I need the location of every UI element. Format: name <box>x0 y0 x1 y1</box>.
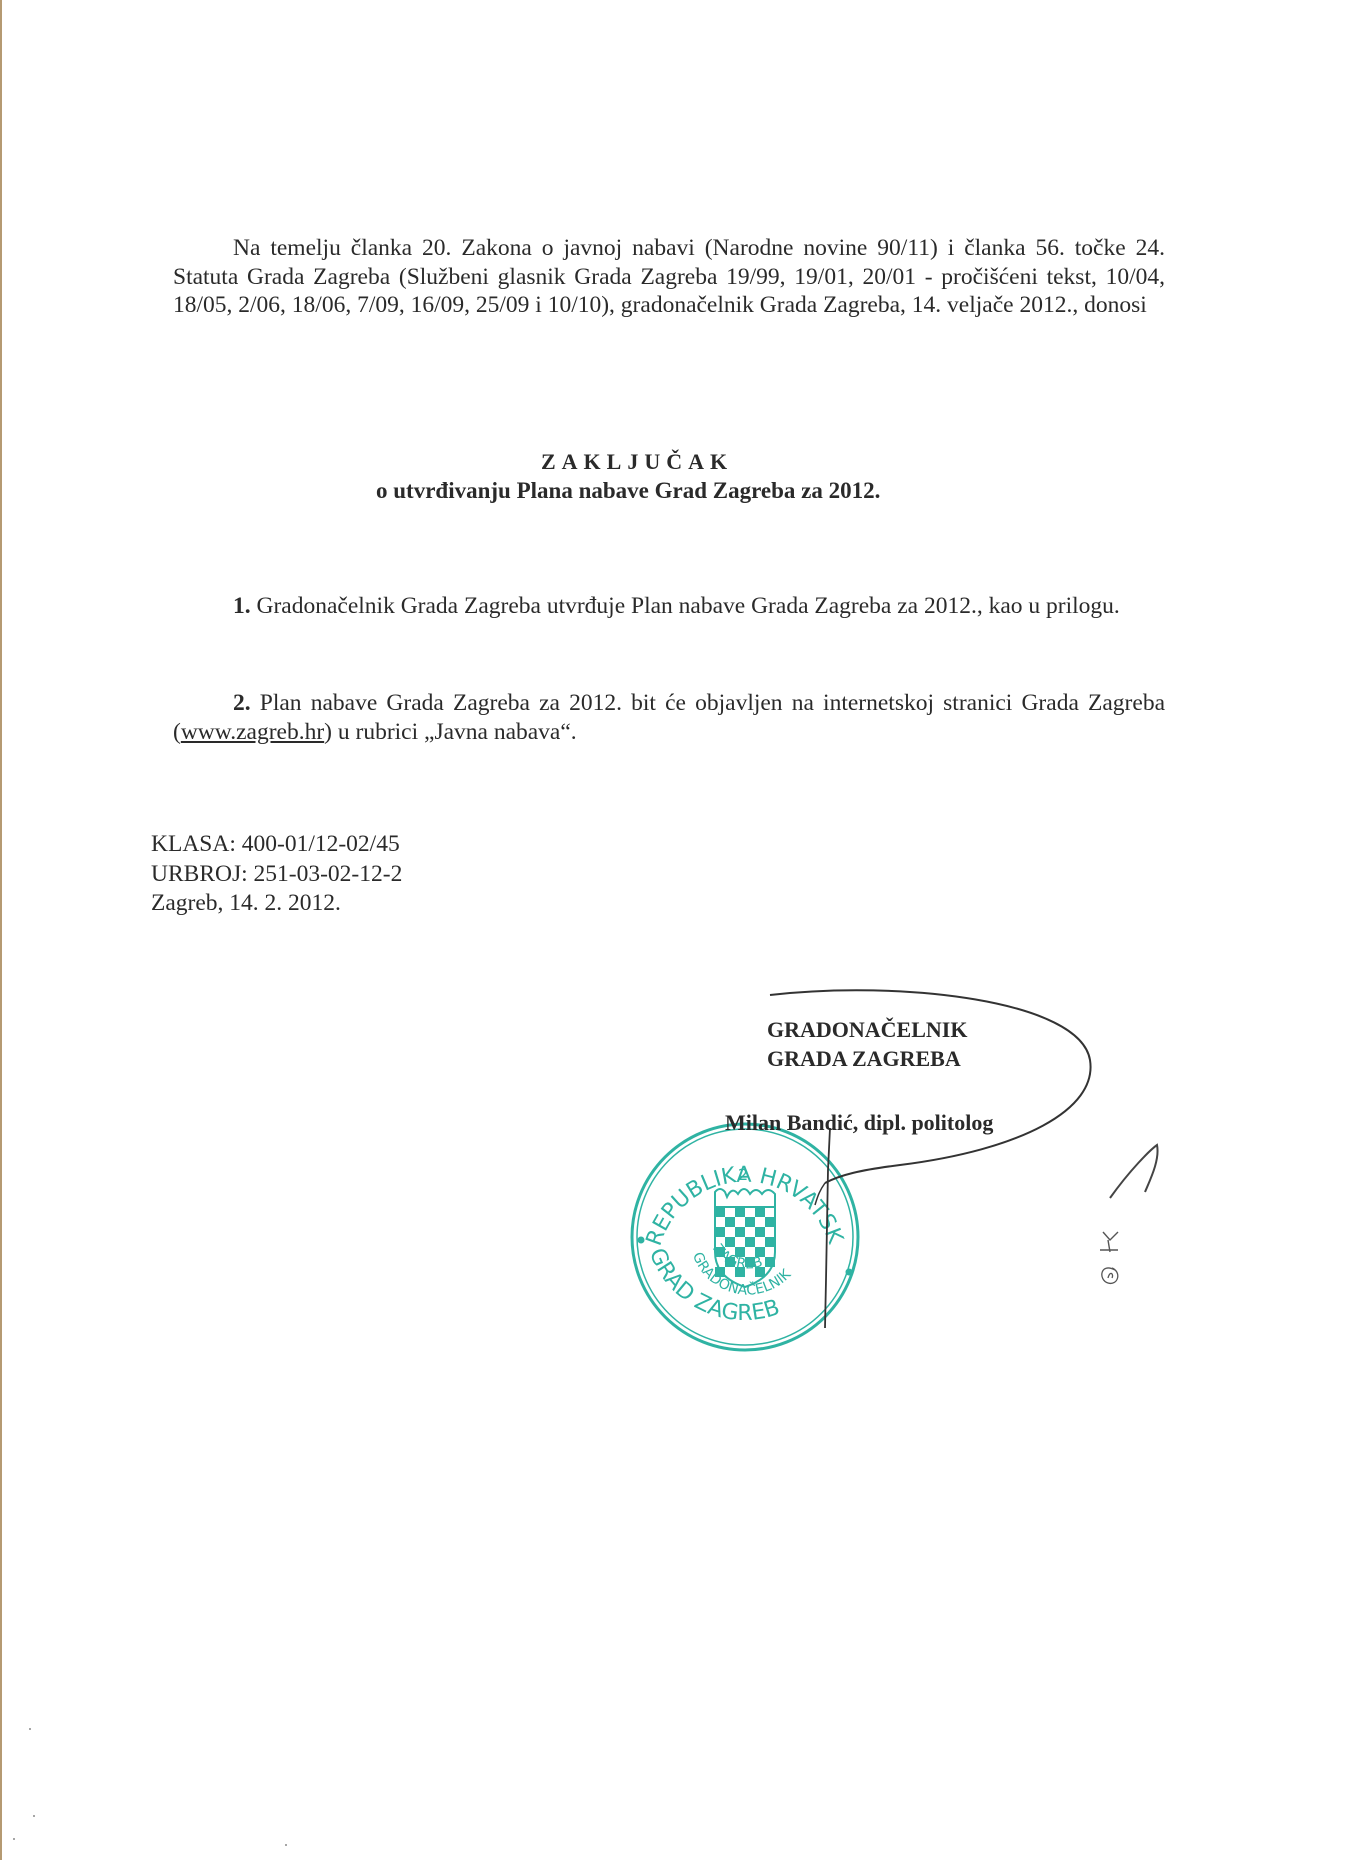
coat-of-arms-icon <box>715 1189 775 1287</box>
item-text-after-link: ) u rubrici „Javna nabava“. <box>324 719 577 745</box>
item-number: 1. <box>233 593 251 619</box>
document-title: ZAKLJUČAK <box>541 449 733 475</box>
signatory-title-line2: GRADA ZAGREBA <box>767 1046 961 1072</box>
scan-speck <box>29 1728 31 1730</box>
official-stamp: REPUBLIKA HRVATSKA GRAD ZAGREB GRADONAČE… <box>620 1112 870 1362</box>
document-metadata: KLASA: 400-01/12-02/45 URBROJ: 251-03-02… <box>151 830 402 919</box>
scan-edge <box>0 0 2 1860</box>
intro-text: Na temelju članka 20. Zakona o javnoj na… <box>173 235 1165 318</box>
document-subtitle: o utvrđivanju Plana nabave Grad Zagreba … <box>376 478 880 504</box>
intro-paragraph: Na temelju članka 20. Zakona o javnoj na… <box>173 234 1165 320</box>
klasa-line: KLASA: 400-01/12-02/45 <box>151 830 402 860</box>
urbroj-line: URBROJ: 251-03-02-12-2 <box>151 860 402 890</box>
list-item: 2. Plan nabave Grada Zagreba za 2012. bi… <box>173 689 1165 746</box>
svg-text:2: 2 <box>738 1165 748 1184</box>
website-link[interactable]: www.zagreb.hr <box>181 719 324 745</box>
signatory-title-line1: GRADONAČELNIK <box>767 1017 967 1043</box>
item-text: Gradonačelnik Grada Zagreba utvrđuje Pla… <box>257 593 1120 619</box>
scan-speck <box>33 1815 35 1817</box>
signatory-name: Milan Bandić, dipl. politolog <box>725 1110 993 1136</box>
place-date-line: Zagreb, 14. 2. 2012. <box>151 889 402 919</box>
item-number: 2. <box>233 690 251 716</box>
scan-speck <box>13 1838 15 1840</box>
scan-speck <box>285 1844 287 1846</box>
list-item: 1. Gradonačelnik Grada Zagreba utvrđuje … <box>173 592 1165 621</box>
